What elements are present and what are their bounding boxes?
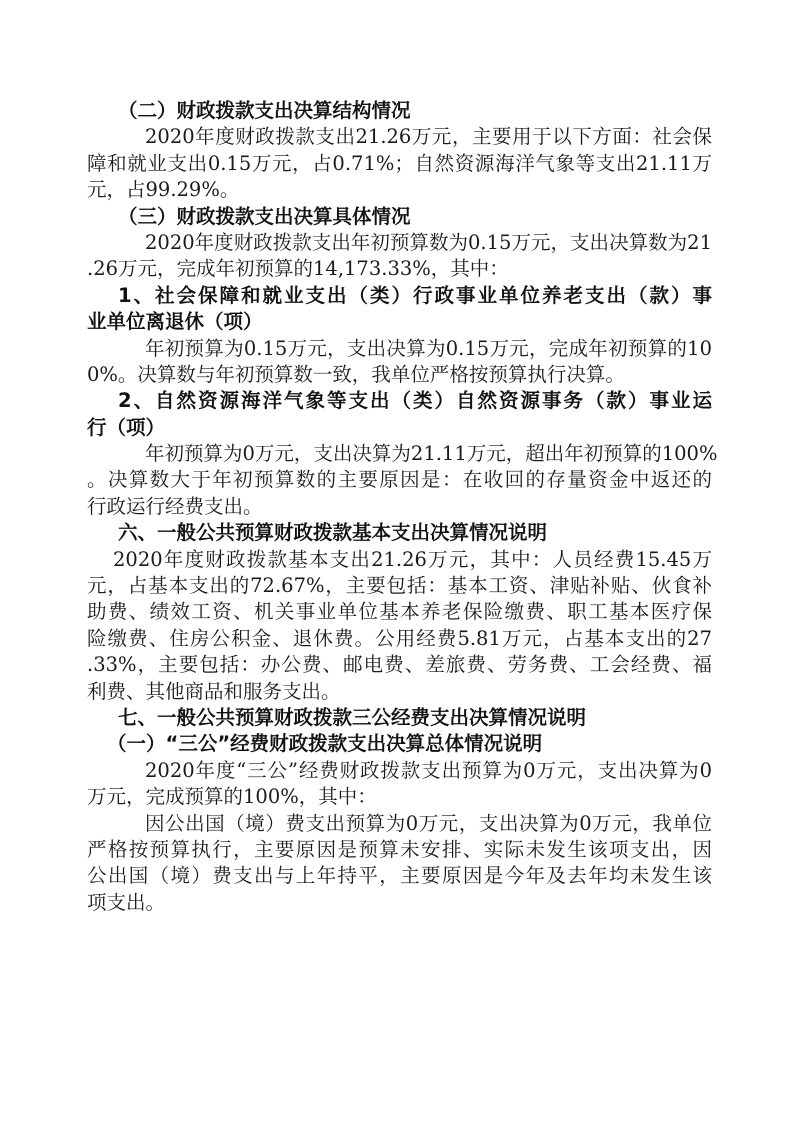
paragraph-line: 年初预算为0.15万元，支出决算为0.15万元，完成年初预算的10 xyxy=(87,336,712,362)
paragraph-line: 障和就业支出0.15万元，占0.71%；自然资源海洋气象等支出21.11万 xyxy=(87,151,712,177)
paragraph-line: 2020年度“三公”经费财政拨款支出预算为0万元，支出决算为0 xyxy=(87,758,712,784)
paragraph-line: 险缴费、住房公积金、退休费。公用经费5.81万元，占基本支出的27 xyxy=(87,626,712,652)
paragraph-line: 2020年度财政拨款支出21.26万元，主要用于以下方面：社会保 xyxy=(87,124,712,150)
paragraph-line: 万元，完成预算的100%，其中： xyxy=(87,784,712,810)
subsection-heading-natural-resources-cont: 行（项） xyxy=(87,415,712,441)
paragraph-line: 严格按预算执行，主要原因是预算未安排、实际未发生该项支出，因 xyxy=(87,837,712,863)
paragraph-line: .26万元，完成年初预算的14,173.33%，其中： xyxy=(87,256,712,282)
subsection-heading-social-security-cont: 业单位离退休（项） xyxy=(87,309,712,335)
paragraph-line: 行政运行经费支出。 xyxy=(87,494,712,520)
paragraph-line: 2020年度财政拨款基本支出21.26万元，其中：人员经费15.45万 xyxy=(87,547,712,573)
paragraph-line: 利费、其他商品和服务支出。 xyxy=(87,679,712,705)
paragraph-line: 元，占99.29%。 xyxy=(87,177,712,203)
subsection-heading-three-public-overall: （一）“三公”经费财政拨款支出决算总体情况说明 xyxy=(87,731,712,757)
section-heading-basic-expenditure: 六、一般公共预算财政拨款基本支出决算情况说明 xyxy=(87,520,712,546)
paragraph-line: 因公出国（境）费支出预算为0万元，支出决算为0万元，我单位 xyxy=(87,811,712,837)
section-heading-structure: （二）财政拨款支出决算结构情况 xyxy=(87,98,712,124)
paragraph-line: 2020年度财政拨款支出年初预算数为0.15万元，支出决算数为21 xyxy=(87,230,712,256)
paragraph-line: 项支出。 xyxy=(87,890,712,916)
paragraph-line: 元，占基本支出的72.67%，主要包括：基本工资、津贴补贴、伙食补 xyxy=(87,573,712,599)
paragraph-line: .33%，主要包括：办公费、邮电费、差旅费、劳务费、工会经费、福 xyxy=(87,652,712,678)
section-heading-detail: （三）财政拨款支出决算具体情况 xyxy=(87,204,712,230)
section-heading-three-public: 七、一般公共预算财政拨款三公经费支出决算情况说明 xyxy=(87,705,712,731)
subsection-heading-natural-resources: 2、自然资源海洋气象等支出（类）自然资源事务（款）事业运 xyxy=(87,388,712,414)
subsection-heading-social-security: 1、社会保障和就业支出（类）行政事业单位养老支出（款）事 xyxy=(87,283,712,309)
paragraph-line: 0%。决算数与年初预算数一致，我单位严格按预算执行决算。 xyxy=(87,362,712,388)
document-page: （二）财政拨款支出决算结构情况 2020年度财政拨款支出21.26万元，主要用于… xyxy=(87,98,712,916)
paragraph-line: 年初预算为0万元，支出决算为21.11万元，超出年初预算的100% xyxy=(87,441,712,467)
paragraph-line: 。决算数大于年初预算数的主要原因是：在收回的存量资金中返还的 xyxy=(87,467,712,493)
paragraph-line: 助费、绩效工资、机关事业单位基本养老保险缴费、职工基本医疗保 xyxy=(87,599,712,625)
paragraph-line: 公出国（境）费支出与上年持平，主要原因是今年及去年均未发生该 xyxy=(87,863,712,889)
